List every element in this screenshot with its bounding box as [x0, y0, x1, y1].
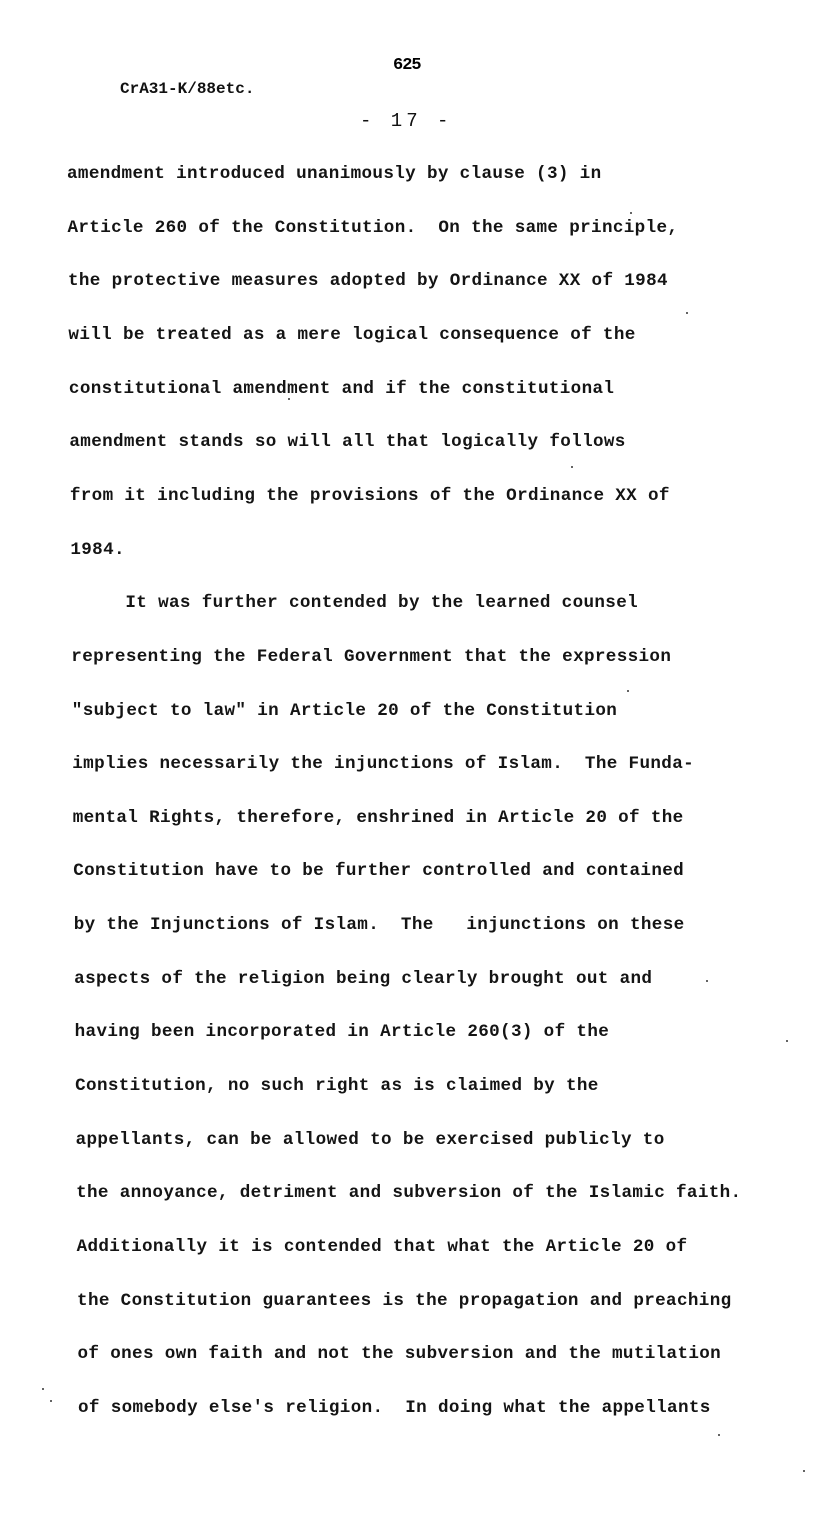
text-line: mental Rights, therefore, enshrined in A… [73, 808, 684, 828]
scan-speck [630, 212, 632, 214]
text-line: from it including the provisions of the … [70, 486, 670, 506]
text-line: the annoyance, detriment and subversion … [76, 1183, 741, 1203]
scan-speck [627, 690, 629, 692]
scan-speck [50, 1400, 52, 1402]
text-line: will be treated as a mere logical conseq… [68, 325, 635, 345]
text-line: Additionally it is contended that what t… [77, 1237, 688, 1257]
text-line: appellants, can be allowed to be exercis… [76, 1130, 665, 1150]
scan-speck [718, 1434, 720, 1436]
document-page: 625 CrA31-K/88etc. - 17 - amendment intr… [0, 0, 840, 1540]
scan-speck [42, 1388, 44, 1390]
stamp-page-number: 625 [393, 56, 421, 75]
text-line: implies necessarily the injunctions of I… [72, 754, 694, 774]
text-line: "subject to law" in Article 20 of the Co… [72, 701, 617, 721]
text-line: having been incorporated in Article 260(… [75, 1022, 610, 1042]
scan-speck [803, 1470, 805, 1472]
text-line: 1984. [70, 540, 125, 560]
text-line: representing the Federal Government that… [71, 647, 671, 667]
text-line: of ones own faith and not the subversion… [78, 1344, 722, 1364]
text-line: amendment stands so will all that logica… [69, 432, 625, 452]
text-line: Constitution have to be further controll… [73, 861, 684, 881]
text-line: amendment introduced unanimously by clau… [67, 164, 602, 184]
text-line: by the Injunctions of Islam. The injunct… [74, 915, 685, 935]
text-line: of somebody else's religion. In doing wh… [78, 1398, 711, 1418]
case-reference: CrA31-K/88etc. [120, 80, 254, 98]
scan-speck [571, 466, 573, 468]
text-line: the protective measures adopted by Ordin… [68, 271, 668, 291]
text-line: the Constitution guarantees is the propa… [77, 1291, 731, 1311]
text-line: aspects of the religion being clearly br… [74, 969, 652, 989]
text-line: Article 260 of the Constitution. On the … [67, 218, 678, 238]
text-line: Constitution, no such right as is claime… [75, 1076, 599, 1096]
scan-speck [686, 312, 688, 314]
scan-speck [706, 980, 708, 982]
text-line: It was further contended by the learned … [71, 593, 638, 613]
page-number: - 17 - [360, 110, 452, 132]
scan-speck [288, 398, 290, 400]
text-line: constitutional amendment and if the cons… [69, 379, 614, 399]
scan-speck [786, 1040, 788, 1042]
